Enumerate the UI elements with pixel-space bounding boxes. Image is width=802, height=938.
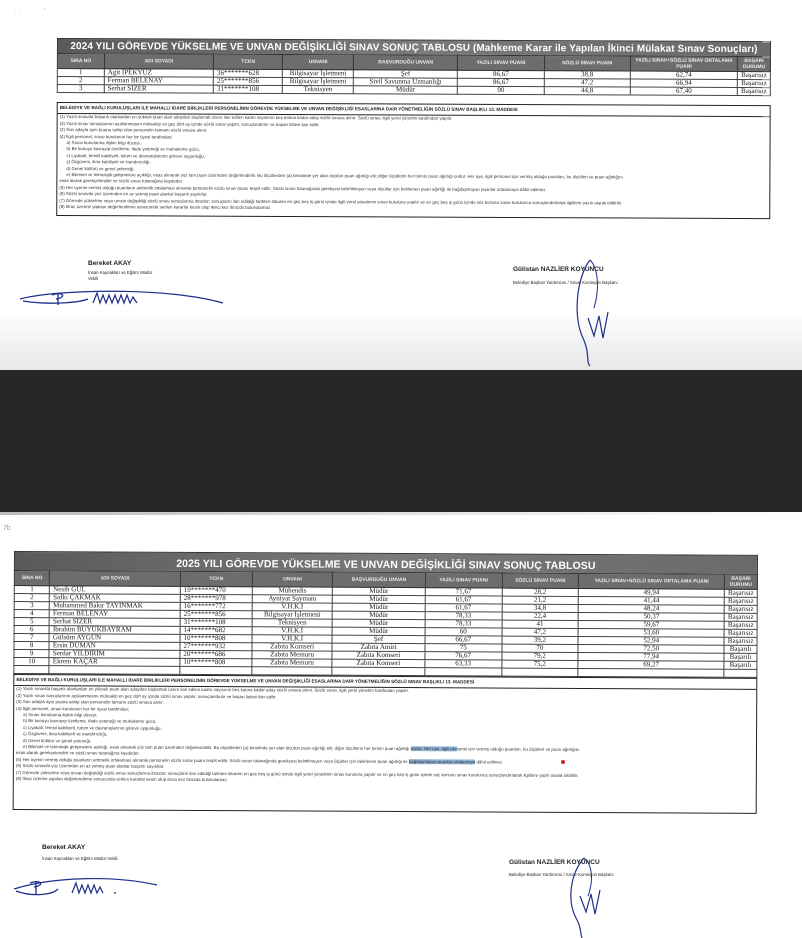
column-header: TCKN (180, 571, 252, 586)
cell-status: Başarısız (738, 87, 771, 95)
column-header: YAZILI SINAV+SÖZLÜ SINAV ORTALAMA PUANI (630, 56, 737, 71)
annotation-dot (561, 760, 565, 764)
signature-left (18, 285, 228, 315)
table-row: 3Serhat SİZER31*******108TeknisyenMüdür9… (57, 85, 770, 96)
column-header: BAŞVURDUĞU UNVAN (353, 55, 457, 70)
column-header: UNVANI (252, 572, 332, 587)
cell-written: 90 (458, 86, 544, 94)
cell-oral: 44,8 (544, 87, 630, 95)
signer-role-2: Vekili (88, 276, 152, 281)
signer-name: Bereket AKAY (42, 844, 117, 851)
rules-box: BELEDİYE VE BAĞLI KURULUŞLARI İLE MAHALL… (13, 674, 758, 813)
signer-left: Bereket AKAY İnsan Kaynakları ve Eğitim … (42, 844, 117, 861)
signature-left (12, 873, 162, 903)
scan-mark: ' (44, 8, 45, 15)
column-header: SÖZLÜ SINAV PUANI (502, 573, 579, 588)
results-2025: 2025 YILI GÖREVDE YÜKSELME VE UNVAN DEĞİ… (13, 551, 758, 813)
column-header: YAZILI SINAV PUANI (425, 573, 502, 588)
results-table: SIRA NOADI SOYADITCKNUNVANIBAŞVURDUĞU UN… (13, 570, 758, 678)
text-highlight: ondur. Her üye, ilgili per (411, 746, 457, 751)
column-header: YAZILI SINAV+SÖZLÜ SINAV ORTALAMA PUANI (578, 573, 724, 589)
signer-role: İnsan Kaynakları ve Eğitim Müdür Vekili (42, 856, 117, 861)
scan-mark: · · (14, 10, 21, 17)
cell-average: 67,40 (630, 87, 737, 95)
column-header: BAŞARI DURUMU (738, 56, 771, 71)
column-header: BAŞARI DURUMU (725, 574, 758, 589)
signer-role: İnsan Kaynakları ve Eğitim Müdür (88, 270, 152, 275)
scan-mark: 7b (3, 525, 11, 532)
column-header: UNVANI (283, 54, 354, 69)
cell-title: Teknisyen (283, 85, 354, 93)
cell-tckn: 31*******108 (213, 85, 282, 93)
column-header: ADI SOYADI (104, 54, 213, 69)
column-header: BAŞVURDUĞU UNVAN (333, 572, 426, 587)
cell-no: 3 (57, 85, 104, 93)
document-page-2024: · · ' 2024 YILI GÖREVDE YÜKSELME VE UNVA… (0, 0, 802, 370)
column-header: SÖZLÜ SINAV PUANI (544, 56, 630, 71)
column-header: ADI SOYADI (50, 571, 181, 587)
results-table: SIRA NOADI SOYADITCKNUNVANIBAŞVURDUĞU UN… (57, 53, 771, 96)
column-header: SIRA NO (14, 571, 49, 586)
signer-name: Bereket AKAY (88, 260, 152, 267)
viewer-gap (0, 370, 802, 515)
cell-applied: Müdür (353, 86, 457, 94)
signature-right (568, 258, 618, 368)
column-header: TCKN (214, 54, 283, 69)
column-header: SIRA NO (57, 54, 104, 69)
rules-box: BELEDİYE VE BAĞLI KURULUŞLARI İLE MAHALL… (56, 102, 770, 219)
column-header: YAZILI SINAV PUANI (458, 55, 544, 70)
signer-left: Bereket AKAY İnsan Kaynakları ve Eğitim … (88, 260, 152, 281)
text-highlight: bağdaşmayan puanlar ortalamaya (409, 759, 475, 764)
cell-name: Serhat SİZER (104, 85, 213, 93)
signature-right (562, 856, 612, 938)
results-2024: 2024 YILI GÖREVDE YÜKSELME VE UNVAN DEĞİ… (56, 38, 771, 219)
